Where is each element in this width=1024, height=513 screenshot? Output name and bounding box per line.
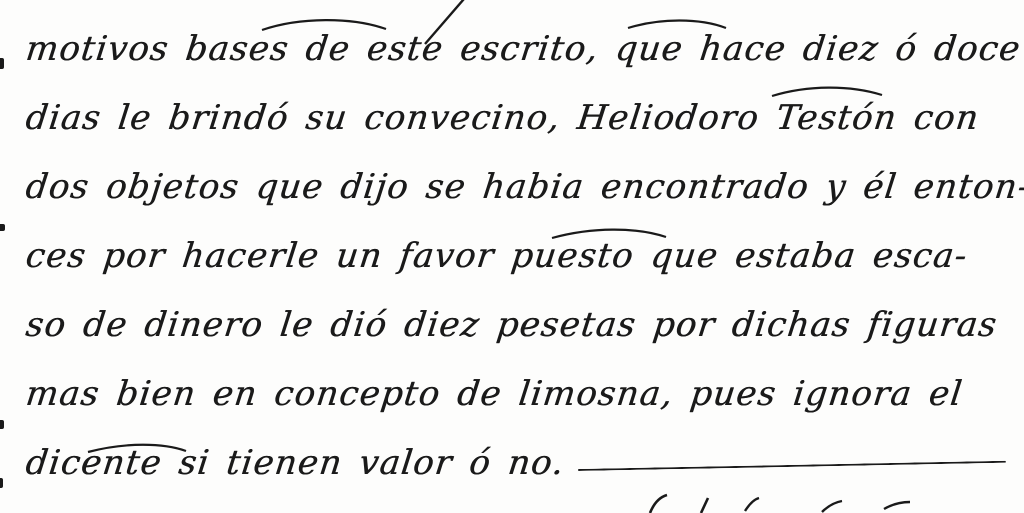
scan-edge-artifact [0,478,3,488]
handwriting-line-text: dos objetos que dijo se habia encontrado… [24,167,1024,207]
next-line-cutoff-strokes [650,495,910,513]
handwriting-line: dos objetos que dijo se habia encontrado… [26,152,1006,221]
handwriting-line-text: dias le brindó su convecino, Heliodoro T… [24,98,982,138]
handwriting-line: dicente si tienen valor ó no. [26,428,1006,497]
line-filler-rule [578,460,1006,470]
handwriting-line-text: motivos bases de este escrito, que hace … [24,29,1023,69]
scan-edge-artifact [0,224,5,231]
manuscript-page: motivos bases de este escrito, que hace … [0,0,1024,513]
handwriting-line-text: ces por hacerle un favor puesto que esta… [24,236,970,276]
handwriting-line: so de dinero le dió diez pesetas por dic… [26,290,1006,359]
handwriting-line: mas bien en concepto de limosna, pues ig… [26,359,1006,428]
handwriting-line: motivos bases de este escrito, que hace … [26,14,1006,83]
scan-edge-artifact [0,420,4,429]
handwriting-line-text: mas bien en concepto de limosna, pues ig… [24,374,965,414]
handwriting-line: ces por hacerle un favor puesto que esta… [26,221,1006,290]
handwritten-text-block: motivos bases de este escrito, que hace … [26,14,1006,497]
scan-edge-artifact [0,58,4,69]
handwriting-line: dias le brindó su convecino, Heliodoro T… [26,83,1006,152]
handwriting-line-text: dicente si tienen valor ó no. [24,443,567,483]
handwriting-line-text: so de dinero le dió diez pesetas por dic… [24,305,1000,345]
